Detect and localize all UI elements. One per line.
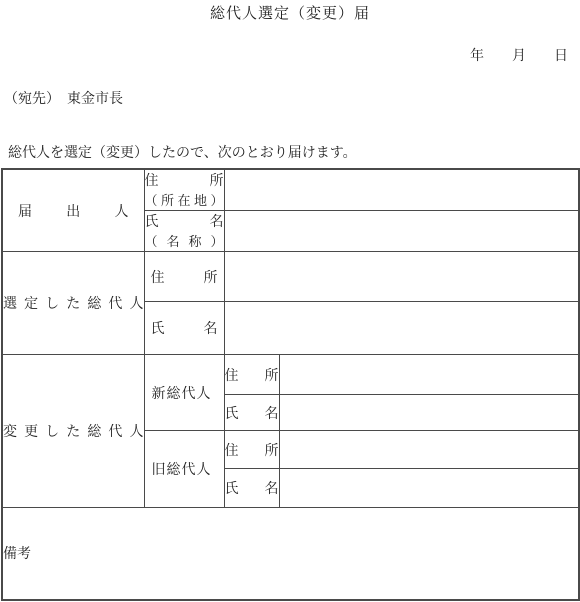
notifier-address-label-line2: （所在地） [145,191,224,210]
cell-changed-new-label: 新総代人 [144,355,224,431]
row-notifier-address: 届 出 人 住 所 （所在地） [2,169,579,211]
cell-changed-old-address-value [279,431,579,469]
cell-notifier-name-value [224,211,579,252]
cell-changed-new-name-value [279,395,579,431]
notifier-address-label-line1: 住 所 [145,172,224,191]
cell-notifier-address-label: 住 所 （所在地） [144,169,224,211]
cell-changed-old-name-value [279,469,579,508]
notifier-name-label-line1: 氏 名 [145,213,224,232]
row-remarks: 備考 [2,508,579,600]
cell-changed-new-address-value [279,355,579,395]
cell-selected-address-label: 住 所 [144,252,224,302]
notifier-name-label-line2: （名称） [145,232,224,251]
cell-notifier-address-value [224,169,579,211]
cell-changed-new-address-label: 住 所 [224,355,279,395]
form-page: 総代人選定（変更）届 年 月 日 （宛先） 東金市長 総代人を選定（変更）したの… [0,0,580,602]
form-table: 届 出 人 住 所 （所在地） 氏 名 （名称） 選定した総代人 住 所 [1,168,580,601]
cell-changed-old-name-label: 氏 名 [224,469,279,508]
cell-changed-old-address-label: 住 所 [224,431,279,469]
cell-changed-label: 変更した総代人 [2,355,144,508]
cell-selected-label: 選定した総代人 [2,252,144,355]
cell-selected-address-value [224,252,579,302]
date-line: 年 月 日 [470,45,568,65]
row-selected-address: 選定した総代人 住 所 [2,252,579,302]
cell-changed-old-label: 旧総代人 [144,431,224,508]
form-title: 総代人選定（変更）届 [0,2,580,23]
cell-changed-new-name-label: 氏 名 [224,395,279,431]
addressee-line: （宛先） 東金市長 [4,88,123,108]
cell-notifier-label: 届 出 人 [2,169,144,252]
cell-remarks: 備考 [2,508,579,600]
cell-selected-name-label: 氏 名 [144,302,224,355]
cell-notifier-name-label: 氏 名 （名称） [144,211,224,252]
remarks-label: 備考 [3,547,31,562]
row-changed-new-address: 変更した総代人 新総代人 住 所 [2,355,579,395]
cell-selected-name-value [224,302,579,355]
intro-sentence: 総代人を選定（変更）したので、次のとおり届けます。 [8,142,357,162]
